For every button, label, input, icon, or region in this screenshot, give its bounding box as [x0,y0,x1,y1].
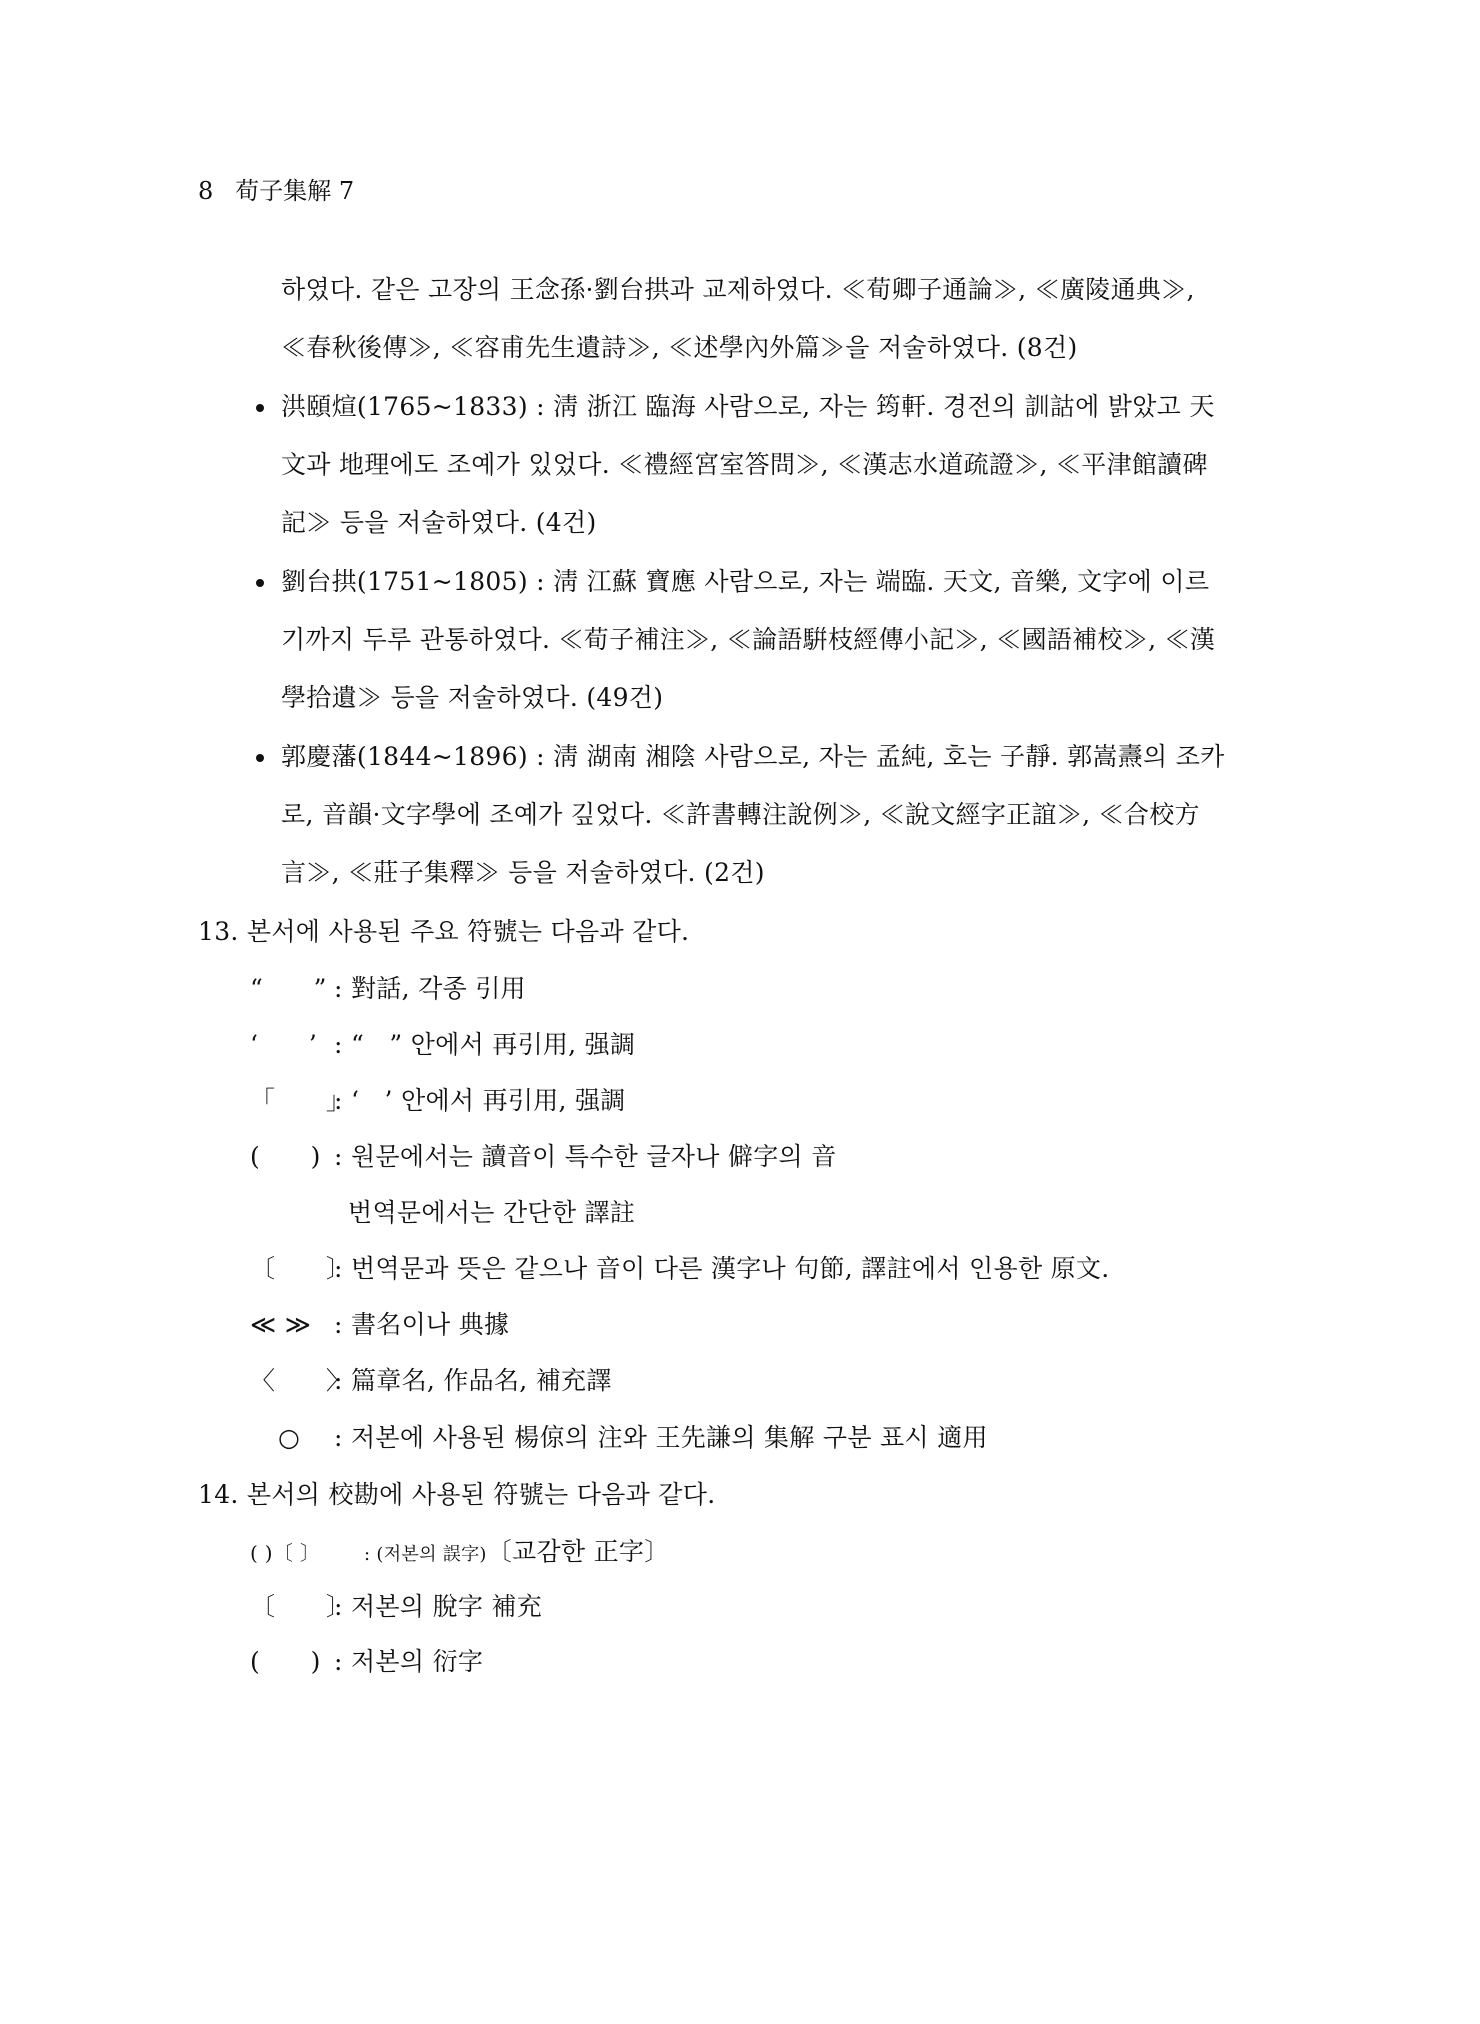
symbol-glyph: ( ) [250,1645,334,1679]
symbol-item: “ ”: 對話, 각종 引用 [250,972,526,1006]
page-number: 8 [198,177,213,205]
symbol-item: 〔 〕: 번역문과 뜻은 같으나 音이 다른 漢字나 句節, 譯註에서 인용한 … [250,1252,1110,1286]
symbol-description: 번역문에서는 간단한 譯註 [348,1198,635,1227]
symbol-item: 「 」: ‘ ’ 안에서 再引用, 强調 [250,1084,626,1118]
symbol-glyph: ≪ ≫ [250,1308,334,1342]
bullet-icon [256,579,264,587]
symbol-glyph: “ ” [250,972,334,1006]
symbol-item: ( ): 원문에서는 讀音이 특수한 글자나 僻字의 音 [250,1140,837,1174]
circle-symbol-icon: ○ [278,1421,334,1455]
scholar-entry-line: 文과 地理에도 조예가 있었다. ≪禮經宮室答問≫, ≪漢志水道疏證≫, ≪平津… [281,448,1208,482]
scholar-entry-line: 郭慶藩(1844~1896) : 淸 湖南 湘陰 사람으로, 자는 孟純, 호는… [281,740,1225,774]
section-14-heading: 14. 본서의 校勘에 사용된 符號는 다음과 같다. [198,1478,715,1512]
symbol-glyph: 〈 〉 [250,1364,334,1398]
scholar-entry-line: 기까지 두루 관통하였다. ≪荀子補注≫, ≪論語騈枝經傳小記≫, ≪國語補校≫… [281,623,1215,657]
symbol-description: : 篇章名, 作品名, 補充譯 [334,1366,612,1395]
symbol-description: 〔교감한 正字〕 [487,1537,670,1566]
continuation-line: 하였다. 같은 고장의 王念孫·劉台拱과 교제하였다. ≪荀卿子通論≫, ≪廣陵… [281,273,1195,307]
symbol-item: ‘ ’: “ ” 안에서 再引用, 强調 [250,1028,635,1062]
symbol-description: : 저본의 衍字 [334,1647,483,1676]
symbol-glyph: ‘ ’ [250,1028,334,1062]
symbol-description: : 저본에 사용된 楊倞의 注와 王先謙의 集解 구분 표시 適用 [334,1423,988,1452]
scholar-entry-line: 學拾遺≫ 등을 저술하였다. (49건) [281,681,663,715]
symbol-item: 〈 〉: 篇章名, 作品名, 補充譯 [250,1364,612,1398]
symbol-item: ○: 저본에 사용된 楊倞의 注와 王先謙의 集解 구분 표시 適用 [278,1421,988,1455]
symbol-description: : 원문에서는 讀音이 특수한 글자나 僻字의 音 [334,1142,837,1171]
symbol-glyph: ( ) [250,1140,334,1174]
bullet-icon [256,404,264,412]
symbol-glyph: 「 」 [250,1084,334,1118]
scholar-entry-line: 言≫, ≪莊子集釋≫ 등을 저술하였다. (2건) [281,856,765,890]
collation-symbol-item: 〔 〕: 저본의 脫字 補充 [250,1590,542,1624]
book-title: 荀子集解 7 [235,177,354,205]
page-header: 8荀子集解 7 [198,176,354,206]
scholar-entry-line: 로, 音韻·文字學에 조예가 깊었다. ≪許書轉注說例≫, ≪說文經字正誼≫, … [281,798,1200,832]
symbol-description-small: : (저본의 誤字) [364,1544,487,1565]
symbol-description: : 저본의 脫字 補充 [334,1592,542,1621]
symbol-description: : “ ” 안에서 再引用, 强調 [334,1030,635,1059]
scholar-entry-line: 劉台拱(1751~1805) : 淸 江蘇 寶應 사람으로, 자는 端臨. 天文… [281,565,1209,599]
symbol-glyph: ( )〔 〕 [250,1536,364,1570]
scholar-entry-line: 記≫ 등을 저술하였다. (4건) [281,506,597,540]
symbol-description: : 번역문과 뜻은 같으나 音이 다른 漢字나 句節, 譯註에서 인용한 原文. [334,1254,1110,1283]
symbol-description: : ‘ ’ 안에서 再引用, 强調 [334,1086,626,1115]
symbol-description: : 書名이나 典據 [334,1310,509,1339]
section-13-heading: 13. 본서에 사용된 주요 符號는 다음과 같다. [198,915,689,949]
bullet-icon [256,754,264,762]
symbol-description: : 對話, 각종 引用 [334,974,526,1003]
symbol-glyph: 〔 〕 [250,1590,334,1624]
continuation-line: ≪春秋後傳≫, ≪容甫先生遺詩≫, ≪述學內外篇≫을 저술하였다. (8건) [281,331,1078,365]
symbol-item-continuation: 번역문에서는 간단한 譯註 [348,1196,635,1230]
symbol-glyph: 〔 〕 [250,1252,334,1286]
scholar-entry-line: 洪頤煊(1765~1833) : 淸 浙江 臨海 사람으로, 자는 筠軒. 경전… [281,390,1215,424]
collation-symbol-item: ( ): 저본의 衍字 [250,1645,483,1679]
symbol-item: ≪ ≫: 書名이나 典據 [250,1308,509,1342]
collation-symbol-item: ( )〔 〕: (저본의 誤字)〔교감한 正字〕 [250,1535,670,1572]
